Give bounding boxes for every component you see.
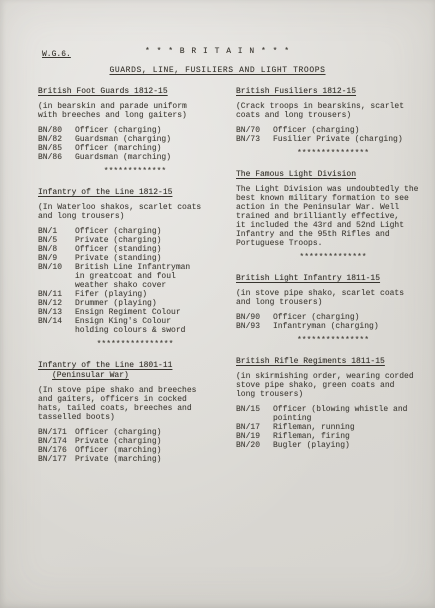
item-label: British Line Infantryman in greatcoat an… bbox=[75, 263, 232, 290]
item-code: BN/82 bbox=[38, 135, 75, 144]
catalog-item: BN/10British Line Infantryman in greatco… bbox=[38, 263, 232, 290]
section-heading: British Foot Guards 1812-15 bbox=[38, 87, 232, 96]
page-title: * * * B R I T A I N * * * bbox=[0, 47, 435, 56]
item-label: Officer (charging) bbox=[75, 428, 232, 437]
item-code: BN/15 bbox=[236, 405, 273, 414]
asterisk-separator: **************** bbox=[38, 340, 232, 349]
item-list: BN/171Officer (charging) BN/174Private (… bbox=[38, 428, 232, 464]
asterisk-separator: ************* bbox=[38, 167, 232, 176]
item-label: Drummer (playing) bbox=[75, 299, 232, 308]
section-foot-guards: British Foot Guards 1812-15 (in bearskin… bbox=[38, 87, 232, 176]
item-label: Rifleman, firing bbox=[273, 432, 430, 441]
item-code: BN/80 bbox=[38, 126, 75, 135]
catalog-item: BN/8Officer (standing) bbox=[38, 245, 232, 254]
item-label: Officer (charging) bbox=[273, 126, 430, 135]
item-label: Bugler (playing) bbox=[273, 441, 430, 450]
item-label: Private (charging) bbox=[75, 437, 232, 446]
section-heading: Infantry of the Line 1801-11 bbox=[38, 361, 232, 370]
section-heading: Infantry of the Line 1812-15 bbox=[38, 188, 232, 197]
section-light-division: The Famous Light Division The Light Divi… bbox=[236, 170, 430, 262]
catalog-item: BN/86Guardsman (marching) bbox=[38, 153, 232, 162]
section-light-infantry: British Light Infantry 1811-15 (in stove… bbox=[236, 274, 430, 345]
catalog-item: BN/9Private (standing) bbox=[38, 254, 232, 263]
asterisk-separator: *************** bbox=[236, 336, 430, 345]
item-code: BN/9 bbox=[38, 254, 75, 263]
item-code: BN/1 bbox=[38, 227, 75, 236]
left-column: British Foot Guards 1812-15 (in bearskin… bbox=[38, 87, 232, 476]
section-description: (Crack troops in bearskins, scarlet coat… bbox=[236, 102, 430, 120]
item-label: Officer (marching) bbox=[75, 446, 232, 455]
item-code: BN/12 bbox=[38, 299, 75, 308]
item-code: BN/171 bbox=[38, 428, 75, 437]
item-code: BN/17 bbox=[236, 423, 273, 432]
page-subtitle: GUARDS, LINE, FUSILIERS AND LIGHT TROOPS bbox=[0, 66, 435, 75]
item-code: BN/13 bbox=[38, 308, 75, 317]
item-code: BN/174 bbox=[38, 437, 75, 446]
section-line-infantry-1801: Infantry of the Line 1801-11 (Peninsular… bbox=[38, 361, 232, 464]
right-column: British Fusiliers 1812-15 (Crack troops … bbox=[236, 87, 430, 462]
item-label: Officer (marching) bbox=[75, 144, 232, 153]
catalog-item: BN/13Ensign Regiment Colour bbox=[38, 308, 232, 317]
item-label: Guardsman (charging) bbox=[75, 135, 232, 144]
item-code: BN/8 bbox=[38, 245, 75, 254]
section-paragraph: The Light Division was undoubtedly the b… bbox=[236, 185, 430, 248]
item-code: BN/10 bbox=[38, 263, 75, 272]
catalog-item: BN/5Private (charging) bbox=[38, 236, 232, 245]
item-code: BN/70 bbox=[236, 126, 273, 135]
catalog-item: BN/176Officer (marching) bbox=[38, 446, 232, 455]
item-list: BN/70Officer (charging) BN/73Fusilier Pr… bbox=[236, 126, 430, 144]
item-list: BN/90Officer (charging) BN/93Infantryman… bbox=[236, 313, 430, 331]
item-code: BN/5 bbox=[38, 236, 75, 245]
section-heading: British Rifle Regiments 1811-15 bbox=[236, 357, 430, 366]
scanned-catalog-page: W.G.6. * * * B R I T A I N * * * GUARDS,… bbox=[0, 0, 435, 608]
section-description: (In Waterloo shakos, scarlet coats and l… bbox=[38, 203, 232, 221]
item-list: BN/1Officer (charging) BN/5Private (char… bbox=[38, 227, 232, 335]
item-label: Officer (charging) bbox=[273, 313, 430, 322]
item-code: BN/86 bbox=[38, 153, 75, 162]
item-code: BN/177 bbox=[38, 455, 75, 464]
catalog-item: BN/73Fusilier Private (charging) bbox=[236, 135, 430, 144]
item-label: Private (charging) bbox=[75, 236, 232, 245]
catalog-item: BN/19Rifleman, firing bbox=[236, 432, 430, 441]
catalog-item: BN/177Private (marching) bbox=[38, 455, 232, 464]
catalog-item: BN/93Infantryman (charging) bbox=[236, 322, 430, 331]
asterisk-separator: *************** bbox=[236, 149, 430, 158]
item-label: Private (standing) bbox=[75, 254, 232, 263]
section-fusiliers: British Fusiliers 1812-15 (Crack troops … bbox=[236, 87, 430, 158]
catalog-item: BN/85Officer (marching) bbox=[38, 144, 232, 153]
section-rifle-regiments: British Rifle Regiments 1811-15 (in skir… bbox=[236, 357, 430, 450]
item-label: Ensign Regiment Colour bbox=[75, 308, 232, 317]
section-description: (in skirmishing order, wearing corded st… bbox=[236, 372, 430, 399]
catalog-item: BN/15Officer (blowing whistle and pointi… bbox=[236, 405, 430, 423]
item-label: Officer (charging) bbox=[75, 227, 232, 236]
section-description: (in bearskin and parade uniform with bre… bbox=[38, 102, 232, 120]
item-list: BN/15Officer (blowing whistle and pointi… bbox=[236, 405, 430, 450]
item-label: Infantryman (charging) bbox=[273, 322, 430, 331]
item-code: BN/19 bbox=[236, 432, 273, 441]
section-subheading: (Peninsular War) bbox=[52, 371, 232, 380]
item-list: BN/80Officer (charging) BN/82Guardsman (… bbox=[38, 126, 232, 162]
catalog-item: BN/14Ensign King's Colour holding colour… bbox=[38, 317, 232, 335]
item-code: BN/73 bbox=[236, 135, 273, 144]
item-label: Fifer (playing) bbox=[75, 290, 232, 299]
asterisk-separator: ************** bbox=[236, 253, 430, 262]
item-code: BN/11 bbox=[38, 290, 75, 299]
catalog-item: BN/174Private (charging) bbox=[38, 437, 232, 446]
catalog-item: BN/70Officer (charging) bbox=[236, 126, 430, 135]
item-code: BN/85 bbox=[38, 144, 75, 153]
catalog-item: BN/20Bugler (playing) bbox=[236, 441, 430, 450]
section-heading: The Famous Light Division bbox=[236, 170, 430, 179]
section-line-infantry-1812: Infantry of the Line 1812-15 (In Waterlo… bbox=[38, 188, 232, 349]
catalog-item: BN/12Drummer (playing) bbox=[38, 299, 232, 308]
item-label: Rifleman, running bbox=[273, 423, 430, 432]
catalog-item: BN/90Officer (charging) bbox=[236, 313, 430, 322]
item-label: Ensign King's Colour holding colours & s… bbox=[75, 317, 232, 335]
catalog-item: BN/171Officer (charging) bbox=[38, 428, 232, 437]
section-description: (In stove pipe shako and breeches and ga… bbox=[38, 386, 232, 422]
catalog-item: BN/82Guardsman (charging) bbox=[38, 135, 232, 144]
catalog-item: BN/80Officer (charging) bbox=[38, 126, 232, 135]
item-label: Officer (blowing whistle and pointing bbox=[273, 405, 430, 423]
item-label: Fusilier Private (charging) bbox=[273, 135, 430, 144]
item-code: BN/90 bbox=[236, 313, 273, 322]
item-label: Private (marching) bbox=[75, 455, 232, 464]
item-code: BN/14 bbox=[38, 317, 75, 326]
section-description: (in stove pipe shako, scarlet coats and … bbox=[236, 289, 430, 307]
item-label: Guardsman (marching) bbox=[75, 153, 232, 162]
item-code: BN/93 bbox=[236, 322, 273, 331]
item-code: BN/20 bbox=[236, 441, 273, 450]
item-label: Officer (standing) bbox=[75, 245, 232, 254]
catalog-item: BN/17Rifleman, running bbox=[236, 423, 430, 432]
item-code: BN/176 bbox=[38, 446, 75, 455]
item-label: Officer (charging) bbox=[75, 126, 232, 135]
catalog-item: BN/11Fifer (playing) bbox=[38, 290, 232, 299]
section-heading: British Light Infantry 1811-15 bbox=[236, 274, 430, 283]
section-heading: British Fusiliers 1812-15 bbox=[236, 87, 430, 96]
catalog-item: BN/1Officer (charging) bbox=[38, 227, 232, 236]
